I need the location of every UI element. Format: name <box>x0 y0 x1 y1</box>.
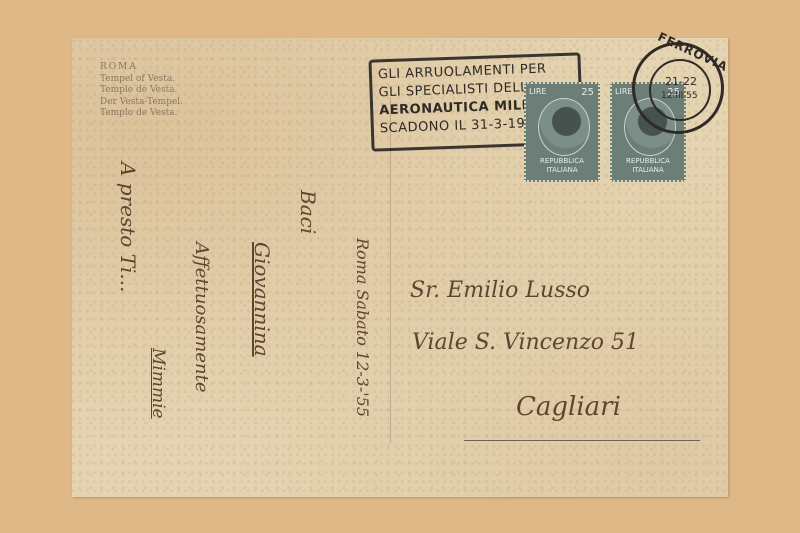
printed-caption: ROMA Tempel of Vesta. Temple de Vesta. D… <box>100 62 183 120</box>
address-street: Viale S. Vincenzo 51 <box>412 330 639 355</box>
margin-note: A presto Ti... <box>116 162 140 293</box>
circular-postmark: FERROVIA 21-22 12.III.55 <box>632 42 724 134</box>
signature-name-2: Mimmie <box>148 348 168 419</box>
postmark-date: 12.III.55 <box>661 91 698 101</box>
address-city: Cagliari <box>516 392 621 422</box>
signature-name-1: Giovannina <box>250 242 274 357</box>
caption-line: Tempel of Vesta. <box>100 74 183 86</box>
stamp-currency: LIRE <box>615 87 632 96</box>
address-recipient: Sr. Emilio Lusso <box>410 278 590 303</box>
closing: Affettuosamente <box>191 242 212 392</box>
italia-turrita-portrait-icon <box>538 98 590 156</box>
caption-line: Temple de Vesta. <box>100 85 183 97</box>
postage-stamp: LIRE 25 REPUBBLICA ITALIANA <box>524 82 600 182</box>
stamp-currency: LIRE <box>529 87 546 96</box>
address-underline <box>464 440 700 441</box>
caption-city: ROMA <box>100 62 183 74</box>
postmark-inner-ring <box>649 59 711 121</box>
greeting: Baci <box>296 190 320 234</box>
postcard-back: ROMA Tempel of Vesta. Temple de Vesta. D… <box>72 38 728 497</box>
caption-line: Templo de Vesta. <box>100 108 183 120</box>
place-date: Roma Sabato 12-3-'55 <box>353 238 372 417</box>
caption-line: Der Vesta-Tempel. <box>100 97 183 109</box>
stamp-country: ITALIANA <box>612 166 684 175</box>
stamp-value: 25 <box>581 87 594 98</box>
stamp-country: ITALIANA <box>526 166 598 175</box>
postmark-time: 21-22 <box>665 75 697 88</box>
stamp-country: REPUBBLICA <box>526 157 598 166</box>
stamp-country: REPUBBLICA <box>612 157 684 166</box>
